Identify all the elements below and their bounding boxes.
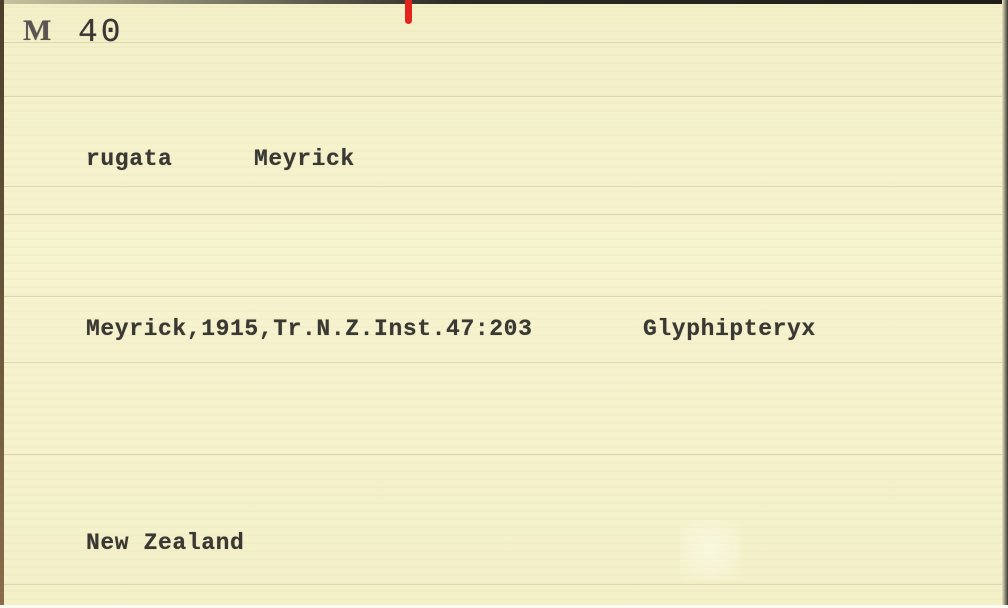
ruled-line	[4, 454, 1002, 455]
ruled-line	[4, 96, 1002, 97]
card-top-edge	[0, 0, 1008, 4]
catalog-number: 40	[78, 14, 124, 51]
catalog-letter: M	[23, 14, 51, 48]
index-card: M 40 rugata Meyrick Meyrick,1915,Tr.N.Z.…	[0, 0, 1008, 608]
ruled-line	[4, 214, 1002, 215]
red-tab-marker	[405, 0, 412, 24]
card-left-edge	[0, 0, 4, 608]
species-epithet: rugata	[86, 146, 172, 172]
reference-citation: Meyrick,1915,Tr.N.Z.Inst.47:203	[86, 316, 532, 342]
ruled-line	[4, 42, 1002, 43]
species-author: Meyrick	[254, 146, 355, 172]
ruled-line	[4, 362, 1002, 363]
ruled-line	[4, 186, 1002, 187]
card-right-edge	[1002, 0, 1008, 608]
ruled-line	[4, 584, 1002, 585]
ruled-line	[4, 296, 1002, 297]
locality: New Zealand	[86, 530, 244, 556]
original-genus: Glyphipteryx	[643, 316, 816, 342]
paper-smudge	[680, 520, 740, 580]
